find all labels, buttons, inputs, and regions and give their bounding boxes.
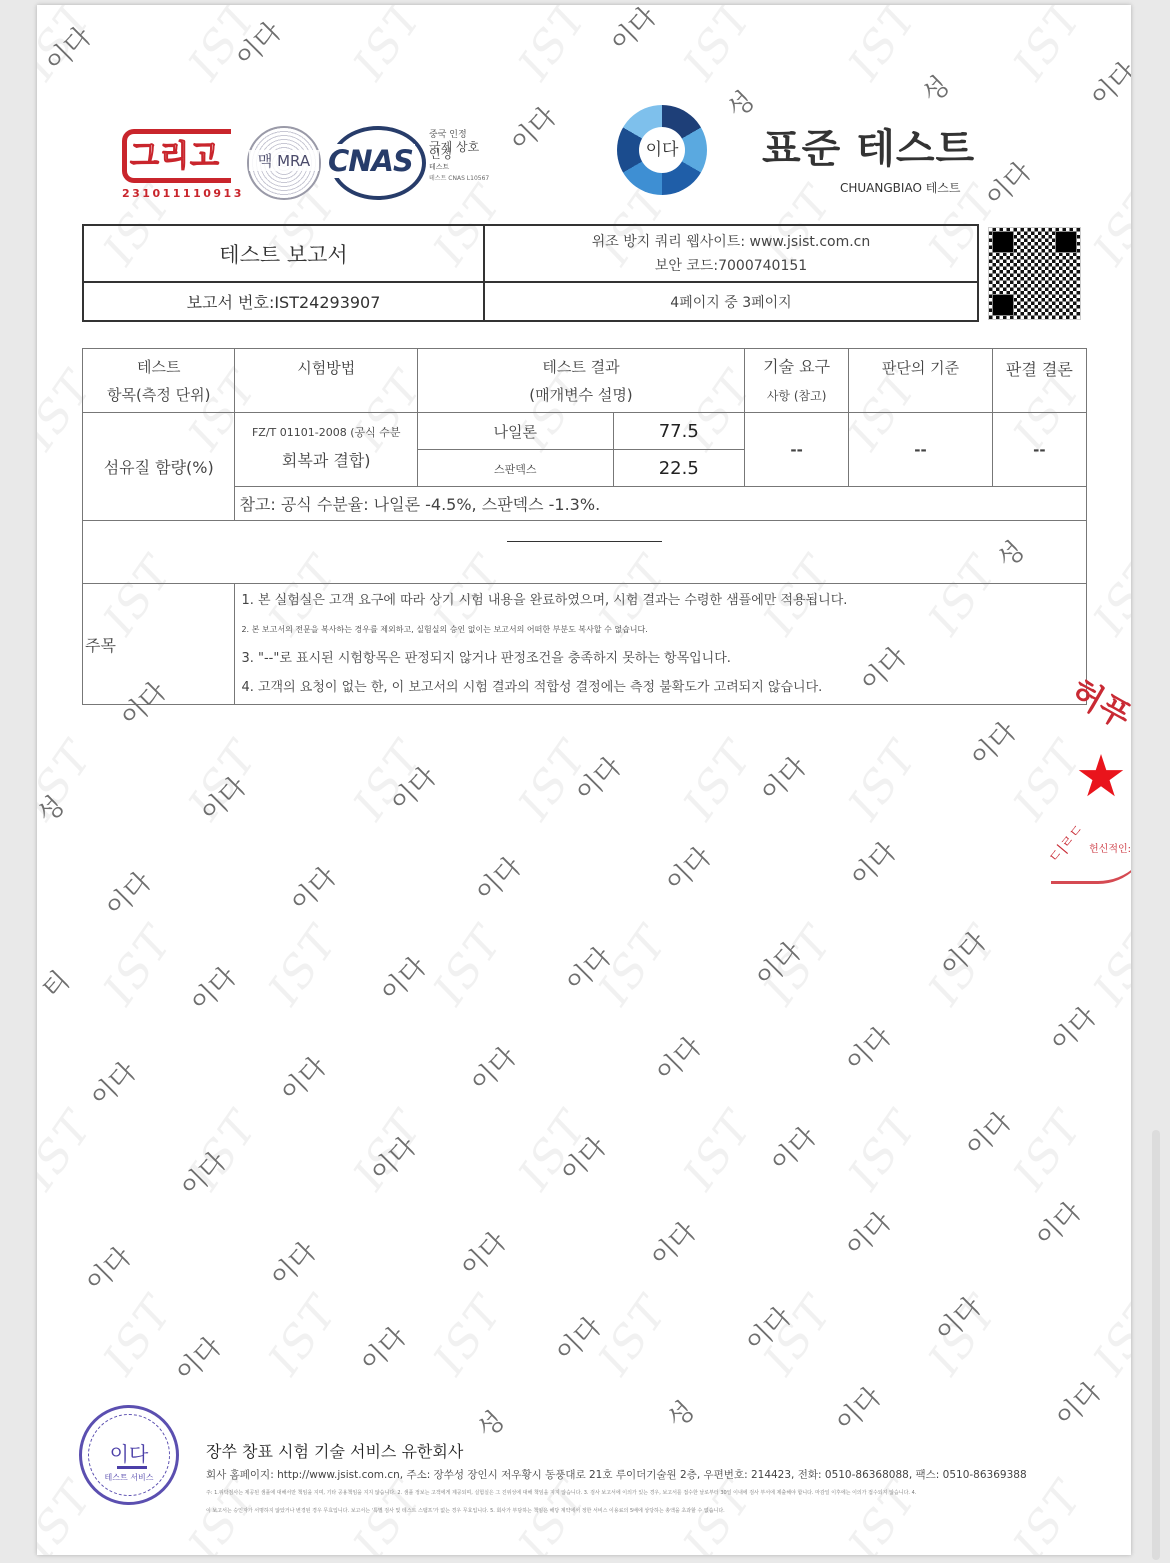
component-value: 22.5 <box>659 458 699 479</box>
watermark-text: 이다 <box>546 1308 608 1370</box>
watermark-text: 이다 <box>501 98 563 160</box>
ist-watermark: IST <box>1084 547 1131 644</box>
watermark-text: 이다 <box>166 1328 228 1390</box>
ist-watermark: IST <box>37 732 103 829</box>
company-name: 장쑤 창표 시험 기술 서비스 유한회사 <box>206 1439 463 1462</box>
watermark-text: 이다 <box>836 1203 898 1265</box>
watermark-text: 이다 <box>836 1018 898 1080</box>
watermark-text: 이다 <box>656 838 718 900</box>
watermark-text: 이다 <box>556 938 618 1000</box>
test-method-line1: FZ/T 01101-2008 (공식 수분 <box>235 422 417 444</box>
watermark-text: 성 <box>718 82 762 126</box>
watermark-text: 이다 <box>351 1318 413 1380</box>
ist-watermark: IST <box>919 1287 1008 1384</box>
watermark-text: 이다 <box>1081 53 1131 115</box>
ist-watermark: IST <box>179 5 268 89</box>
header-result: 테스트 결과 <box>418 353 744 381</box>
watermark-text: 이다 <box>451 1223 513 1285</box>
watermark-text: 성 <box>913 67 957 111</box>
watermark-text: 이다 <box>466 848 528 910</box>
header-tech-requirement-note: 사항 (참고) <box>767 389 827 403</box>
header-tech-requirement: 기술 요구 <box>745 349 848 381</box>
cnas-caption: 중국 인정 국제 상호 인정 테스트 테스트 CNAS L10567 <box>429 129 489 185</box>
watermark-text: 이다 <box>281 858 343 920</box>
ist-watermark: IST <box>839 5 928 89</box>
ist-watermark: IST <box>424 1287 513 1384</box>
watermark-text: 이다 <box>826 1378 888 1440</box>
ist-watermark: IST <box>424 917 513 1014</box>
watermark-text: 이다 <box>271 1048 333 1110</box>
ist-watermark: IST <box>509 1102 598 1199</box>
watermark-text: 성 <box>37 787 72 831</box>
moisture-note: 참고: 공식 수분율: 나일론 -4.5%, 스판덱스 -1.3%. <box>239 495 600 514</box>
watermark-text: 이다 <box>961 713 1023 775</box>
watermark-text: 이다 <box>381 758 443 820</box>
ist-watermark: IST <box>1084 917 1131 1014</box>
watermark-text: 이다 <box>976 153 1038 215</box>
test-results-table: 테스트항목(측정 단위) 시험방법 테스트 결과(매개변수 설명) 기술 요구사… <box>82 348 1087 705</box>
note-item: 4. 고객의 요청이 없는 한, 이 보고서의 시험 결과의 적합성 결정에는 … <box>241 673 1086 702</box>
watermark-text: 이다 <box>261 1233 323 1295</box>
header-basis: 판단의 기준 <box>882 359 959 377</box>
note-item: 3. "--"로 표시된 시험항목은 판정되지 않거나 판정조건을 충족하지 못… <box>241 644 1086 673</box>
test-method-line2: 회복과 결합) <box>235 444 417 478</box>
header-item-unit: 항목(측정 단위) <box>83 381 234 409</box>
watermark-text: 이다 <box>371 948 433 1010</box>
watermark-text: 티 <box>37 962 77 1006</box>
ist-watermark: IST <box>344 5 433 89</box>
end-of-results-line <box>507 535 662 542</box>
scrollbar[interactable] <box>1152 1130 1160 1560</box>
cma-number: 231011110913 <box>122 187 244 200</box>
ist-watermark: IST <box>259 1287 348 1384</box>
blue-company-seal: 이다 테스트 서비스 <box>79 1405 179 1505</box>
notes-row: 주목 1. 본 실험실은 고객 요구에 따라 상기 시험 내용을 완료하였으며,… <box>83 584 1087 705</box>
watermark-text: 이다 <box>601 5 663 59</box>
cnas-logo-text: CNAS <box>326 144 415 178</box>
watermark-text: 이다 <box>96 863 158 925</box>
ist-watermark: IST <box>37 5 103 89</box>
ist-watermark: IST <box>344 732 433 829</box>
watermark-text: 이다 <box>646 1028 708 1090</box>
ist-watermark: IST <box>589 917 678 1014</box>
basis-value: -- <box>914 441 926 459</box>
watermark-text: 이다 <box>551 1128 613 1190</box>
header-item: 테스트 <box>83 353 234 381</box>
ist-watermark: IST <box>754 917 843 1014</box>
company-logo-text: 이다 <box>639 127 685 173</box>
cnas-logo: CNAS <box>330 126 422 196</box>
header-verdict: 판결 결론 <box>1006 360 1073 379</box>
watermark-text: 이다 <box>761 1118 823 1180</box>
ist-watermark: IST <box>1004 5 1093 89</box>
star-icon: ★ <box>1075 747 1127 805</box>
component-name: 스판덱스 <box>494 463 537 476</box>
watermark-text: 이다 <box>841 833 903 895</box>
watermark-text: 이다 <box>181 958 243 1020</box>
header-method: 시험방법 <box>297 359 355 377</box>
watermark-text: 이다 <box>751 748 813 810</box>
ist-watermark: IST <box>754 1287 843 1384</box>
watermark-text: 이다 <box>461 1038 523 1100</box>
red-official-seal: 허푸 ★ ㄷ|ㄹㄷ 헌신적인: <box>1037 665 1131 895</box>
table-header-row: 테스트항목(측정 단위) 시험방법 테스트 결과(매개변수 설명) 기술 요구사… <box>83 349 1087 413</box>
ist-watermark: IST <box>179 1102 268 1199</box>
verify-website: 위조 방지 쿼리 웹사이트: www.jsist.com.cn <box>592 230 871 254</box>
component-name: 나일론 <box>494 423 537 441</box>
ist-watermark: IST <box>509 732 598 829</box>
seal-top-text: 허푸 <box>1064 667 1131 738</box>
page-info: 4페이지 중 3페이지 <box>670 292 791 312</box>
company-swirl-logo: 이다 <box>617 105 707 195</box>
report-title: 테스트 보고서 <box>219 239 347 269</box>
ist-watermark: IST <box>37 1102 103 1199</box>
brand-subtitle: CHUANGBIAO 테스트 <box>840 179 960 196</box>
watermark-text: 이다 <box>37 18 98 80</box>
ist-watermark: IST <box>94 917 183 1014</box>
ist-watermark: IST <box>674 1102 763 1199</box>
cnas-caption-line: 테스트 <box>429 161 489 173</box>
ist-watermark: IST <box>259 917 348 1014</box>
ist-watermark: IST <box>509 5 598 89</box>
divider-row <box>83 521 1087 584</box>
cma-logo: 그리고 231011110913 <box>122 125 232 185</box>
footer-fine-print: 이 보고서는 승인자가 서명하지 않았거나 변경된 경우 무효입니다. 보고서는… <box>206 1507 725 1514</box>
watermark-text: 이다 <box>1041 998 1103 1060</box>
seal-sub-text: 테스트 서비스 <box>82 1472 176 1483</box>
cnas-caption-line: 테스트 CNAS L10567 <box>429 173 489 185</box>
tech-requirement-value: -- <box>790 441 802 459</box>
watermark-text: 이다 <box>926 1288 988 1350</box>
watermark-text: 이다 <box>931 923 993 985</box>
watermark-text: 성 <box>468 1402 512 1446</box>
watermark-text: 이다 <box>361 1128 423 1190</box>
ist-watermark: IST <box>919 917 1008 1014</box>
seal-arc <box>1051 831 1131 884</box>
ist-watermark: IST <box>839 1102 928 1199</box>
ist-watermark: IST <box>344 1102 433 1199</box>
brand-title: 표준 테스트 <box>762 117 975 174</box>
ist-watermark: IST <box>179 732 268 829</box>
watermark-text: 이다 <box>81 1053 143 1115</box>
watermark-text: 이다 <box>191 768 253 830</box>
table-row: 섬유질 함량(%) FZ/T 01101-2008 (공식 수분 회복과 결합)… <box>83 413 1087 450</box>
ist-watermark: IST <box>1004 1472 1093 1555</box>
watermark-text: 이다 <box>171 1143 233 1205</box>
watermark-text: 이다 <box>1046 1373 1108 1435</box>
header-result-desc: (매개변수 설명) <box>418 381 744 409</box>
footer-fine-print: 주: 1.위탁검사는 제공된 샘플에 대해서만 책임을 지며, 기타 공용책임을… <box>206 1489 916 1496</box>
watermark-text: 이다 <box>1026 1193 1088 1255</box>
watermark-text: 이다 <box>736 1298 798 1360</box>
ist-watermark: IST <box>1004 1102 1093 1199</box>
watermark-text: 이다 <box>746 933 808 995</box>
report-number: 보고서 번호:IST24293907 <box>187 290 381 313</box>
ist-watermark: IST <box>674 5 763 89</box>
qr-code[interactable] <box>989 228 1080 319</box>
security-code: 보안 코드:7000740151 <box>655 254 807 278</box>
verdict-value: -- <box>1033 441 1045 459</box>
mra-logo: 맥 MRA <box>247 126 321 200</box>
ist-watermark: IST <box>839 732 928 829</box>
ist-watermark: IST <box>1084 177 1131 274</box>
watermark-text: 이다 <box>76 1238 138 1300</box>
component-value: 77.5 <box>659 421 699 442</box>
note-item: 1. 본 실험실은 고객 요구에 따라 상기 시험 내용을 완료하였으며, 시험… <box>241 586 1086 615</box>
watermark-text: 성 <box>658 1392 702 1436</box>
ist-watermark: IST <box>839 1472 928 1555</box>
report-page: ISTISTISTISTISTISTISTISTISTISTISTISTISTI… <box>37 5 1131 1555</box>
notes-label: 주목 <box>85 636 116 655</box>
watermark-text: 이다 <box>956 1103 1018 1165</box>
seal-main-text: 이다 <box>82 1438 176 1467</box>
cma-logo-text: 그리고 <box>130 131 220 175</box>
watermark-text: 이다 <box>226 13 288 75</box>
ist-watermark: IST <box>94 1287 183 1384</box>
company-address: 회사 홈페이지: http://www.jsist.com.cn, 주소: 장쑤… <box>206 1467 1027 1482</box>
watermark-text: 이다 <box>641 1213 703 1275</box>
watermark-text: 이다 <box>566 748 628 810</box>
ist-watermark: IST <box>1084 1287 1131 1384</box>
report-header-table: 테스트 보고서 위조 방지 쿼리 웹사이트: www.jsist.com.cn … <box>82 224 979 322</box>
mra-logo-text: 맥 MRA <box>249 150 319 171</box>
ist-watermark: IST <box>589 1287 678 1384</box>
note-item: 2. 본 보고서의 전문을 복사하는 경우를 제외하고, 실험실의 승인 없이는… <box>241 615 1086 644</box>
ist-watermark: IST <box>674 732 763 829</box>
test-item: 섬유질 함량(%) <box>104 458 214 477</box>
